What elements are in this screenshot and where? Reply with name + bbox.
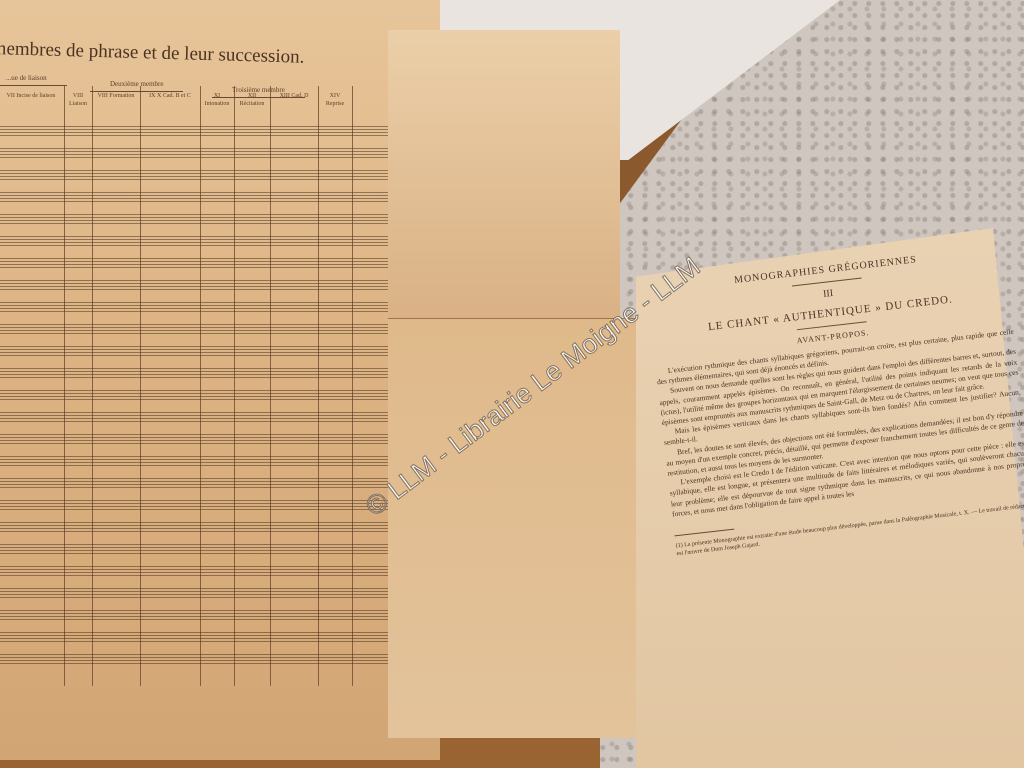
music-staff — [0, 478, 390, 488]
music-staff — [0, 632, 390, 642]
music-staff — [0, 412, 390, 422]
blank-fold-panel — [388, 30, 620, 330]
music-staff — [0, 456, 390, 466]
table-column-header: VIII Liaison — [66, 92, 90, 108]
music-staff — [0, 368, 390, 378]
music-staff — [0, 148, 390, 158]
music-staff — [0, 126, 390, 136]
column-group-label: ...ue de liaison — [6, 74, 47, 82]
music-staff — [0, 654, 390, 664]
table-column-header: VII Incise de liaison — [2, 92, 60, 100]
music-staff — [0, 434, 390, 444]
table-column-header: XII Récitation — [236, 92, 268, 108]
music-staff — [0, 192, 390, 202]
table-column-header: XI Intonation — [202, 92, 232, 108]
booklet-text: MONOGRAPHIES GRÉGORIENNES III LE CHANT «… — [646, 244, 1024, 558]
music-staff — [0, 170, 390, 180]
music-staff — [0, 390, 390, 400]
music-staff — [0, 500, 390, 510]
music-staff — [0, 258, 390, 268]
music-staff — [0, 544, 390, 554]
music-staff — [0, 610, 390, 620]
table-column-header: VIII Formation — [94, 92, 138, 100]
music-staff — [0, 566, 390, 576]
table-column-header: IX X Cad. B et C — [142, 92, 198, 100]
foldout-chant-table: membres de phrase et de leur succession.… — [0, 0, 440, 760]
chant-table-grid: VII Incise de liaisonVIII LiaisonVIII Fo… — [0, 86, 390, 686]
table-title: membres de phrase et de leur succession. — [0, 38, 305, 69]
music-staff — [0, 280, 390, 290]
music-staff — [0, 588, 390, 598]
music-staff — [0, 324, 390, 334]
table-column-header: XIV Reprise — [320, 92, 350, 108]
music-staff — [0, 302, 390, 312]
music-staff — [0, 346, 390, 356]
music-staff — [0, 214, 390, 224]
music-staff — [0, 236, 390, 246]
footnote-divider — [675, 529, 735, 537]
music-staff — [0, 522, 390, 532]
table-column-header: XIII Cad. D — [272, 92, 316, 100]
